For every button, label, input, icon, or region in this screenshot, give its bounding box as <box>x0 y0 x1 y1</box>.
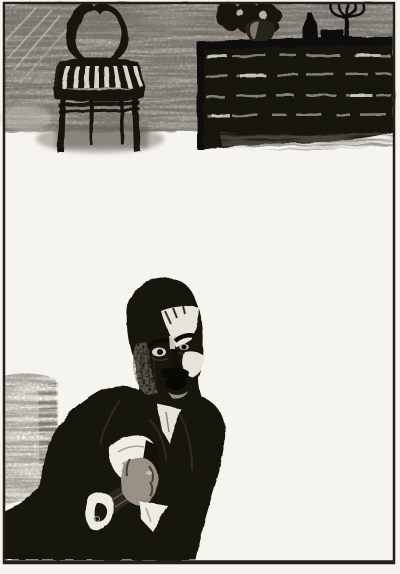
right-pupil <box>182 345 187 350</box>
candelabra-base <box>341 36 353 40</box>
open-mouth <box>166 376 187 390</box>
sideboard-left-edge <box>197 42 204 150</box>
foliage-gap <box>259 11 267 19</box>
foliage-gap <box>237 10 244 17</box>
chair-shadow <box>36 125 164 153</box>
illustration <box>0 0 400 574</box>
wall-light-patch <box>0 105 52 131</box>
left-pupil <box>157 349 163 355</box>
small-box <box>321 30 344 40</box>
sideboard-bottom-scribble <box>220 132 393 150</box>
fingernail <box>146 471 152 475</box>
illustration-page <box>0 0 400 574</box>
glabella-highlight <box>169 336 176 349</box>
dark-sideboard <box>197 37 393 150</box>
seat-stripe <box>99 66 105 88</box>
anxious-man <box>4 278 225 560</box>
seat-stripe <box>89 66 95 88</box>
